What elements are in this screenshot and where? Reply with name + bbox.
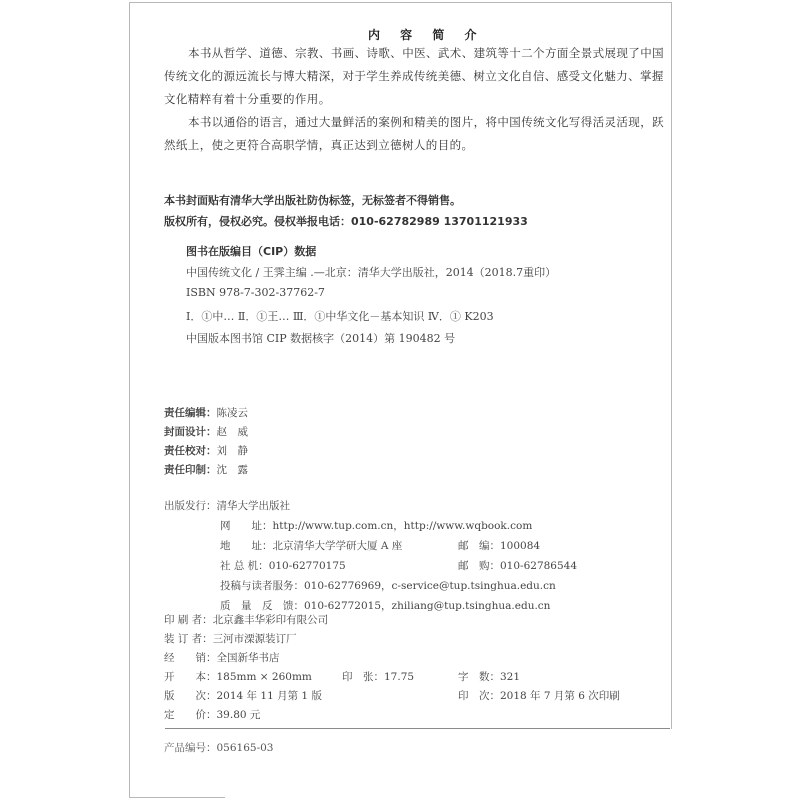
price-line: 定 价：39.80 元 bbox=[164, 707, 260, 722]
sheets-value: 17.75 bbox=[384, 671, 414, 683]
quality-label: 质 量 反 馈： bbox=[220, 600, 304, 612]
publisher-mail-order-line: 邮 购：010-62786544 bbox=[458, 558, 577, 573]
edition-line: 版 次：2014 年 11 月第 1 版 bbox=[164, 688, 322, 703]
website-label: 网 址： bbox=[220, 520, 273, 532]
product-code-label: 产品编号： bbox=[164, 742, 217, 754]
summary-title: 内 容 简 介 bbox=[368, 26, 485, 43]
format-value: 185mm × 260mm bbox=[217, 671, 312, 683]
printing-label: 印 次： bbox=[458, 690, 500, 702]
staff-label: 责任印制： bbox=[164, 464, 217, 476]
switchboard-value: 010-62770175 bbox=[269, 560, 346, 572]
publisher-line: 出版发行：清华大学出版社 bbox=[164, 498, 290, 513]
publisher-name: 清华大学出版社 bbox=[217, 500, 291, 512]
distributor-line: 经 销：全国新华书店 bbox=[164, 650, 280, 665]
switchboard-label: 社 总 机： bbox=[220, 560, 269, 572]
wordcount-line: 字 数：321 bbox=[458, 669, 520, 684]
staff-printing-supervisor: 责任印制：沈 露 bbox=[164, 462, 248, 477]
staff-value: 陈凌云 bbox=[217, 407, 249, 419]
printing-value: 2018 年 7 月第 6 次印刷 bbox=[500, 690, 620, 702]
address-label: 地 址： bbox=[220, 540, 273, 552]
publisher-label: 出版发行： bbox=[164, 500, 217, 512]
postcode-label: 邮 编： bbox=[458, 540, 500, 552]
edition-value: 2014 年 11 月第 1 版 bbox=[217, 690, 322, 702]
summary-paragraph-2: 本书以通俗的语言，通过大量鲜活的案例和精美的图片，将中国传统文化写得活灵活现，跃… bbox=[164, 111, 664, 157]
publisher-website-line: 网 址：http://www.tup.com.cn，http://www.wqb… bbox=[220, 518, 532, 533]
price-label: 定 价： bbox=[164, 709, 217, 721]
cip-isbn: ISBN 978-7-302-37762-7 bbox=[186, 286, 325, 299]
printer-label: 印 刷 者： bbox=[164, 614, 213, 626]
staff-label: 封面设计： bbox=[164, 426, 217, 438]
wordcount-value: 321 bbox=[500, 671, 520, 683]
printer-value: 北京鑫丰华彩印有限公司 bbox=[213, 614, 329, 626]
anti-counterfeit-notice: 本书封面贴有清华大学出版社防伪标签，无标签者不得销售。 bbox=[164, 192, 461, 208]
reader-service-value: 010-62776969，c-service@tup.tsinghua.edu.… bbox=[304, 580, 556, 592]
staff-cover-design: 封面设计：赵 威 bbox=[164, 424, 248, 439]
publisher-switchboard-line: 社 总 机：010-62770175 bbox=[220, 558, 346, 573]
copyright-notice: 版权所有，侵权必究。侵权举报电话：010-62782989 1370112193… bbox=[164, 213, 528, 229]
sheets-line: 印 张：17.75 bbox=[342, 669, 414, 684]
format-label: 开 本： bbox=[164, 671, 217, 683]
sheets-label: 印 张： bbox=[342, 671, 384, 683]
price-value: 39.80 元 bbox=[217, 709, 261, 721]
binder-value: 三河市溧源装订厂 bbox=[213, 633, 297, 645]
publisher-address-line: 地 址：北京清华大学学研大厦 A 座 bbox=[220, 538, 402, 553]
mail-order-value: 010-62786544 bbox=[500, 560, 577, 572]
staff-value: 刘 静 bbox=[217, 445, 249, 457]
mail-order-label: 邮 购： bbox=[458, 560, 500, 572]
page-edge-left-extension bbox=[129, 728, 130, 798]
format-line: 开 本：185mm × 260mm bbox=[164, 669, 312, 684]
reader-service-label: 投稿与读者服务： bbox=[220, 580, 304, 592]
printing-line: 印 次：2018 年 7 月第 6 次印刷 bbox=[458, 688, 620, 703]
quality-value: 010-62772015，zhiliang@tup.tsinghua.edu.c… bbox=[304, 600, 550, 612]
publisher-quality-line: 质 量 反 馈：010-62772015，zhiliang@tup.tsingh… bbox=[220, 598, 550, 613]
printer-line: 印 刷 者：北京鑫丰华彩印有限公司 bbox=[164, 612, 328, 627]
product-code-line: 产品编号：056165-03 bbox=[164, 740, 274, 755]
publisher-postcode-line: 邮 编：100084 bbox=[458, 538, 540, 553]
publisher-reader-service-line: 投稿与读者服务：010-62776969，c-service@tup.tsing… bbox=[220, 578, 556, 593]
cip-classification: Ⅰ．①中… Ⅱ．①王… Ⅲ．①中华文化－基本知识 Ⅳ．① K203 bbox=[186, 308, 494, 324]
binder-label: 装 订 者： bbox=[164, 633, 213, 645]
edition-label: 版 次： bbox=[164, 690, 217, 702]
divider-rule bbox=[165, 728, 670, 729]
distributor-value: 全国新华书店 bbox=[217, 652, 280, 664]
staff-label: 责任编辑： bbox=[164, 407, 217, 419]
product-code-value: 056165-03 bbox=[217, 742, 274, 754]
postcode-value: 100084 bbox=[500, 540, 540, 552]
staff-proofreader: 责任校对：刘 静 bbox=[164, 443, 248, 458]
website-value: http://www.tup.com.cn，http://www.wqbook.… bbox=[273, 520, 533, 532]
summary-paragraph-1: 本书从哲学、道德、宗教、书画、诗歌、中医、武术、建筑等十二个方面全景式展现了中国… bbox=[164, 42, 664, 111]
staff-label: 责任校对： bbox=[164, 445, 217, 457]
wordcount-label: 字 数： bbox=[458, 671, 500, 683]
cip-title-line: 中国传统文化 / 王霁主编 .—北京：清华大学出版社，2014（2018.7重印… bbox=[186, 264, 556, 280]
staff-value: 沈 露 bbox=[217, 464, 249, 476]
staff-editor: 责任编辑：陈凌云 bbox=[164, 405, 248, 420]
binder-line: 装 订 者：三河市溧源装订厂 bbox=[164, 631, 297, 646]
distributor-label: 经 销： bbox=[164, 652, 217, 664]
cip-heading: 图书在版编目（CIP）数据 bbox=[186, 243, 316, 259]
address-value: 北京清华大学学研大厦 A 座 bbox=[273, 540, 403, 552]
page-edge-bottom bbox=[129, 797, 225, 798]
cip-record: 中国版本图书馆 CIP 数据核字（2014）第 190482 号 bbox=[186, 330, 455, 346]
staff-value: 赵 威 bbox=[217, 426, 249, 438]
